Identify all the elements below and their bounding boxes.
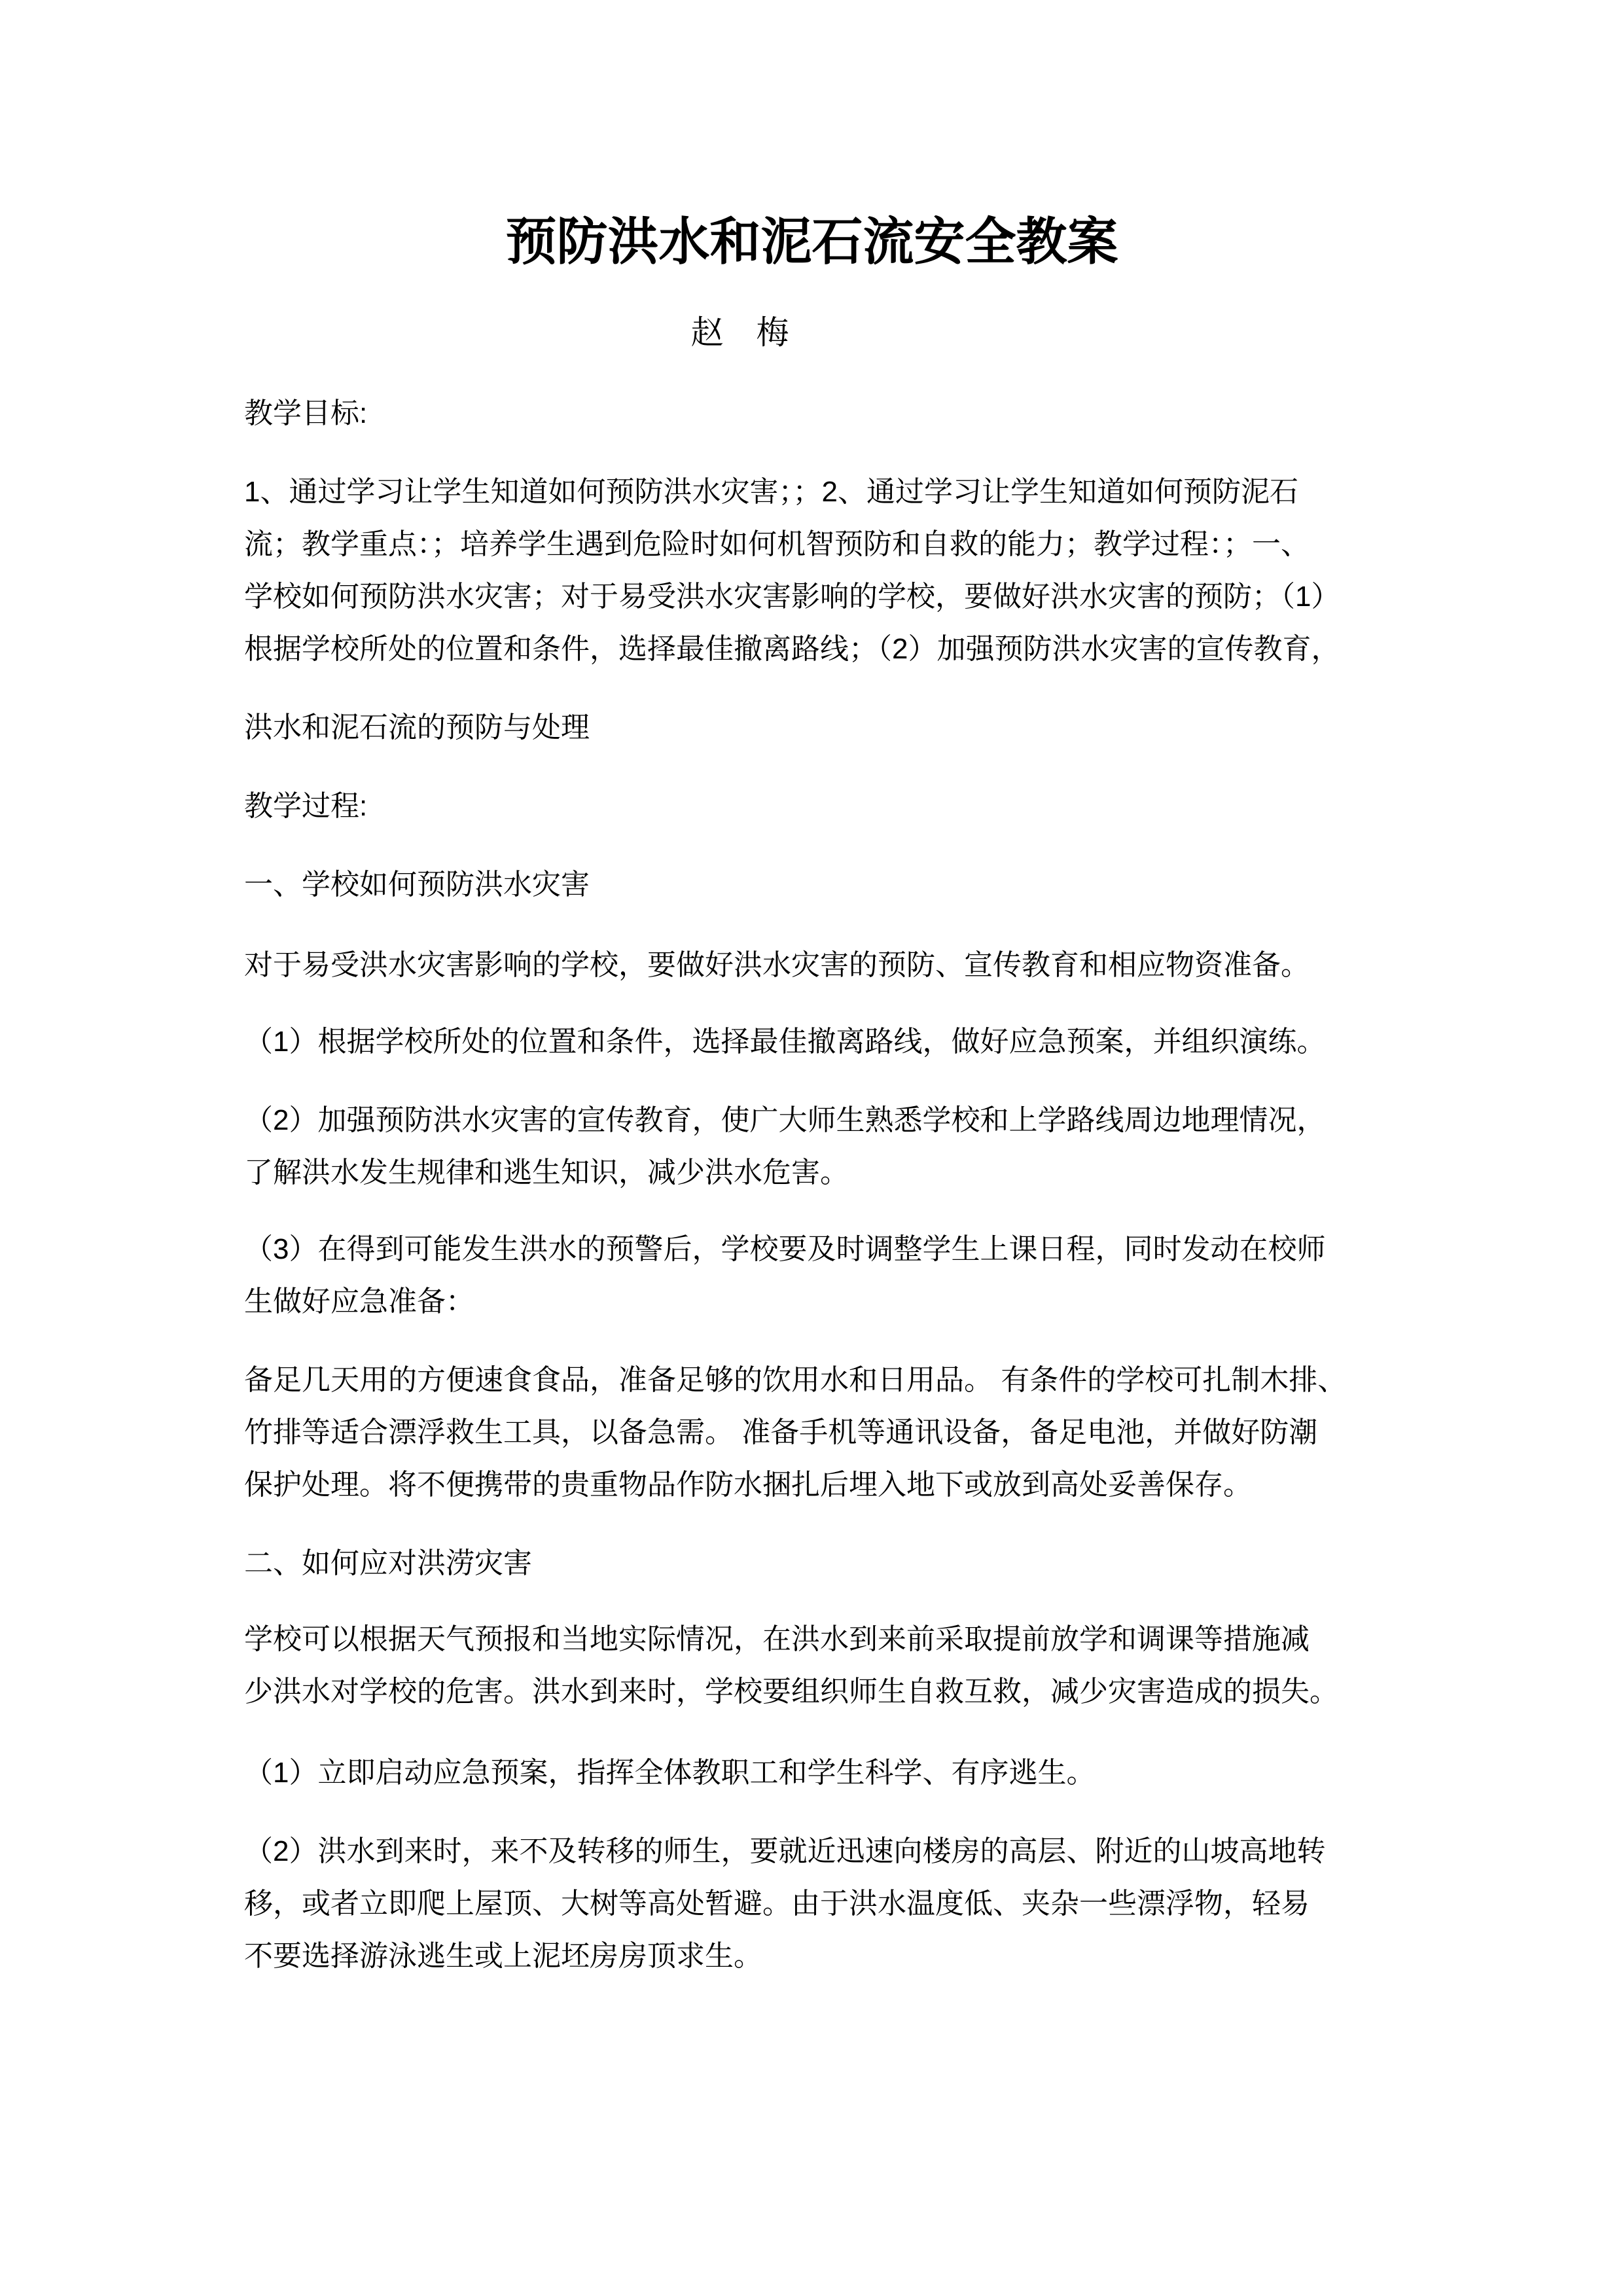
text-line: 不要选择游泳逃生或上泥坯房房顶求生。 xyxy=(244,1930,1383,1982)
subtitle-paragraph: 洪水和泥石流的预防与处理 xyxy=(244,702,1383,754)
section1-item3: （3）在得到可能发生洪水的预警后，学校要及时调整学生上课日程，同时发动在校师 生… xyxy=(244,1223,1383,1328)
section2-intro: 学校可以根据天气预报和当地实际情况，在洪水到来前采取提前放学和调课等措施减 少洪… xyxy=(244,1613,1383,1718)
text-line: 一、学校如何预防洪水灾害 xyxy=(244,859,1383,911)
text-line: 备足几天用的方便速食食品，准备足够的饮用水和日用品。 有条件的学校可扎制木排、 xyxy=(244,1354,1383,1407)
supplies-paragraph: 备足几天用的方便速食食品，准备足够的饮用水和日用品。 有条件的学校可扎制木排、 … xyxy=(244,1354,1383,1511)
text-line: 洪水和泥石流的预防与处理 xyxy=(244,702,1383,754)
text-line: 少洪水对学校的危害。洪水到来时，学校要组织师生自救互救，减少灾害造成的损失。 xyxy=(244,1666,1383,1718)
text-line: （1）立即启动应急预案，指挥全体教职工和学生科学、有序逃生。 xyxy=(244,1747,1383,1799)
text-line: 流；教学重点：；培养学生遇到危险时如何机智预防和自救的能力；教学过程：；一、 xyxy=(244,518,1383,571)
text-line: 保护处理。将不便携带的贵重物品作防水捆扎后埋入地下或放到高处妥善保存。 xyxy=(244,1459,1383,1511)
section2-item2: （2）洪水到来时，来不及转移的师生，要就近迅速向楼房的高层、附近的山坡高地转 移… xyxy=(244,1825,1383,1982)
text-line: 对于易受洪水灾害影响的学校，要做好洪水灾害的预防、宣传教育和相应物资准备。 xyxy=(244,939,1383,992)
section1-intro: 对于易受洪水灾害影响的学校，要做好洪水灾害的预防、宣传教育和相应物资准备。 xyxy=(244,939,1383,992)
document-title: 预防洪水和泥石流安全教案 xyxy=(244,209,1380,274)
section1-item2: （2）加强预防洪水灾害的宣传教育，使广大师生熟悉学校和上学路线周边地理情况， 了… xyxy=(244,1094,1383,1199)
text-line: 了解洪水发生规律和逃生知识，减少洪水危害。 xyxy=(244,1147,1383,1199)
text-line: 根据学校所处的位置和条件，选择最佳撤离路线；（2）加强预防洪水灾害的宣传教育， xyxy=(244,623,1383,675)
section1-heading: 一、学校如何预防洪水灾害 xyxy=(244,859,1383,911)
text-line: 教学过程: xyxy=(244,780,1383,833)
text-line: 移，或者立即爬上屋顶、大树等高处暂避。由于洪水温度低、夹杂一些漂浮物，轻易 xyxy=(244,1878,1383,1930)
text-line: （2）洪水到来时，来不及转移的师生，要就近迅速向楼房的高层、附近的山坡高地转 xyxy=(244,1825,1383,1878)
text-line: 学校如何预防洪水灾害；对于易受洪水灾害影响的学校，要做好洪水灾害的预防；（1） xyxy=(244,571,1383,623)
text-line: （2）加强预防洪水灾害的宣传教育，使广大师生熟悉学校和上学路线周边地理情况， xyxy=(244,1094,1383,1147)
overview-paragraph: 1、通过学习让学生知道如何预防洪水灾害；；2、通过学习让学生知道如何预防泥石 流… xyxy=(244,466,1383,675)
text-line: （3）在得到可能发生洪水的预警后，学校要及时调整学生上课日程，同时发动在校师 xyxy=(244,1223,1383,1276)
objectives-heading: 教学目标: xyxy=(244,387,1383,440)
text-line: 1、通过学习让学生知道如何预防洪水灾害；；2、通过学习让学生知道如何预防泥石 xyxy=(244,466,1383,518)
section1-item1: （1）根据学校所处的位置和条件，选择最佳撤离路线，做好应急预案，并组织演练。 xyxy=(244,1016,1383,1068)
text-line: 教学目标: xyxy=(244,387,1383,440)
text-line: 二、如何应对洪涝灾害 xyxy=(244,1537,1383,1590)
section2-heading: 二、如何应对洪涝灾害 xyxy=(244,1537,1383,1590)
document-page: 预防洪水和泥石流安全教案 赵 梅 教学目标: 1、通过学习让学生知道如何预防洪水… xyxy=(0,0,1623,2296)
text-line: 竹排等适合漂浮救生工具，以备急需。 准备手机等通讯设备，备足电池，并做好防潮 xyxy=(244,1407,1383,1459)
text-line: （1）根据学校所处的位置和条件，选择最佳撤离路线，做好应急预案，并组织演练。 xyxy=(244,1016,1383,1068)
section2-item1: （1）立即启动应急预案，指挥全体教职工和学生科学、有序逃生。 xyxy=(244,1747,1383,1799)
text-line: 学校可以根据天气预报和当地实际情况，在洪水到来前采取提前放学和调课等措施减 xyxy=(244,1613,1383,1666)
text-line: 生做好应急准备： xyxy=(244,1276,1383,1328)
document-author: 赵 梅 xyxy=(172,306,1308,359)
process-heading: 教学过程: xyxy=(244,780,1383,833)
